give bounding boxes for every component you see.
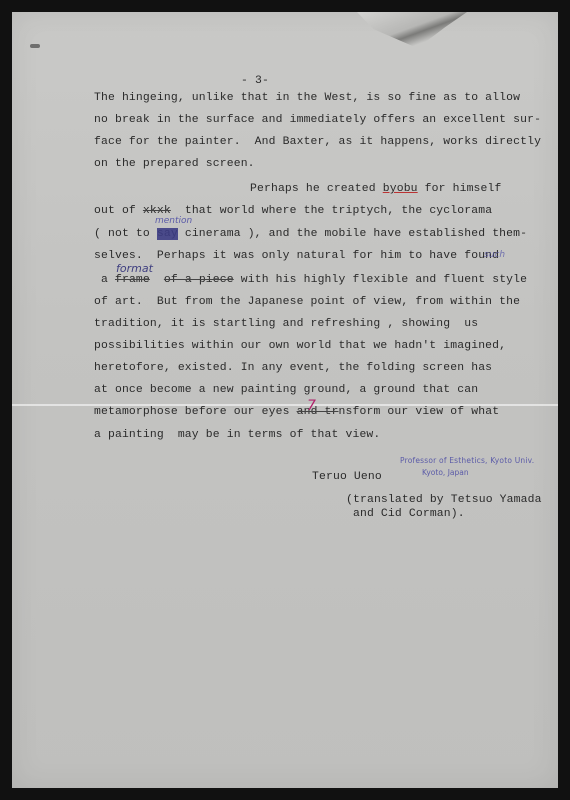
text-line: a painting may be in terms of that view. [94,429,380,441]
handwritten-location: Kyoto, Japan [422,468,469,477]
translator-credit: (translated by Tetsuo Yamada [346,494,542,506]
document-page: - 3- The hingeing, unlike that in the We… [12,12,558,788]
text-line: Perhaps he created byobu for himself [250,183,502,195]
struck-word: say [157,228,178,240]
text-line: metamorphose before our eyes and trnsfor… [94,406,499,418]
text-fragment: metamorphose before our eyes [94,406,297,418]
text-line: on the prepared screen. [94,158,255,170]
text-fragment: with his highly flexible and fluent styl… [234,274,527,286]
struck-phrase: of a piece [164,274,234,286]
torn-corner [357,12,467,50]
paper-speck [30,44,40,48]
underlined-word: byobu [383,183,418,195]
text-fragment: nsform our view of what [339,406,500,418]
handwritten-correction: 7 [307,398,316,414]
text-line: face for the painter. And Baxter, as it … [94,136,541,148]
struck-word: frame [115,274,150,286]
text-line: heretofore, existed. In any event, the f… [94,362,492,374]
text-line: ( not to say cinerama ), and the mobile … [94,228,527,240]
text-line: possibilities within our own world that … [94,340,506,352]
struck-word: and tr [297,406,339,418]
text-line: selves. Perhaps it was only natural for … [94,250,499,262]
text-fragment: out of [94,205,143,217]
text-fragment: ( not to [94,228,157,240]
text-line: tradition, it is startling and refreshin… [94,318,478,330]
author-name: Teruo Ueno [312,471,382,483]
text-line: The hingeing, unlike that in the West, i… [94,92,520,104]
text-fragment: for himself [418,183,502,195]
text-fragment: a [94,274,115,286]
text-line: of art. But from the Japanese point of v… [94,296,520,308]
handwritten-affiliation: Professor of Esthetics, Kyoto Univ. [400,456,534,465]
text-fragment: cinerama ), and the mobile have establis… [178,228,527,240]
text-line: no break in the surface and immediately … [94,114,541,126]
text-line: at once become a new painting ground, a … [94,384,478,396]
page-number: - 3- [241,75,269,87]
text-fragment [150,274,164,286]
translator-credit: and Cid Corman). [346,508,465,520]
text-line: a frame of a piece with his highly flexi… [94,274,527,286]
text-fragment: Perhaps he created [250,183,383,195]
text-line: out of xkxk that world where the triptyc… [94,205,492,217]
text-fragment: that world where the triptych, the cyclo… [171,205,492,217]
handwritten-such: such [484,250,505,260]
handwritten-mention: mention [155,216,192,226]
